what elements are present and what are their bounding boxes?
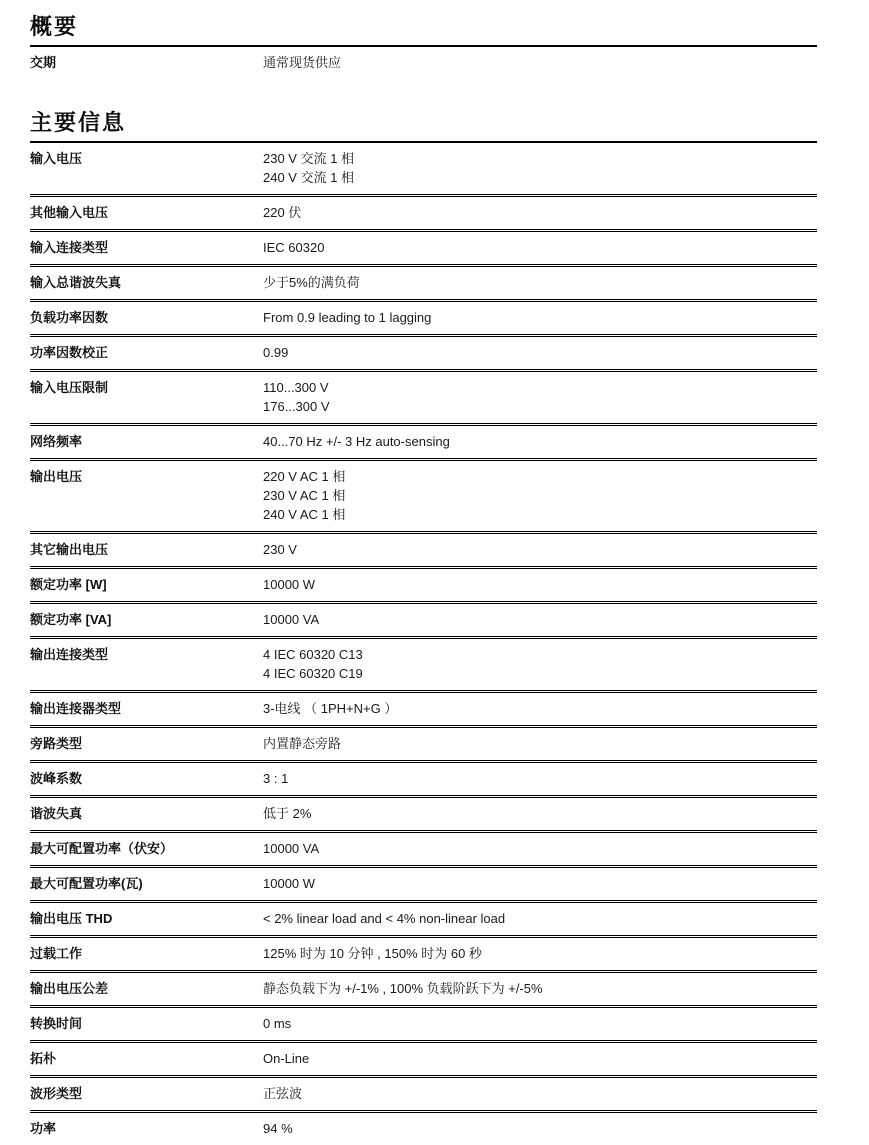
spec-row: 额定功率 [VA]10000 VA xyxy=(30,604,817,639)
spec-value: From 0.9 leading to 1 lagging xyxy=(263,308,817,327)
spec-value: 125% 时为 10 分钟 , 150% 时为 60 秒 xyxy=(263,944,817,963)
spec-value: 静态负载下为 +/-1% , 100% 负载阶跃下为 +/-5% xyxy=(263,979,817,998)
spec-section: 概要交期通常现货供应 xyxy=(30,14,817,79)
spec-row: 输出电压 THD< 2% linear load and < 4% non-li… xyxy=(30,903,817,938)
spec-value: 40...70 Hz +/- 3 Hz auto-sensing xyxy=(263,432,817,451)
spec-value: 少于5%的满负荷 xyxy=(263,273,817,292)
spec-row: 旁路类型内置静态旁路 xyxy=(30,728,817,763)
spec-value: < 2% linear load and < 4% non-linear loa… xyxy=(263,909,817,928)
spec-value: 220 伏 xyxy=(263,203,817,222)
spec-values: 少于5%的满负荷 xyxy=(263,273,817,292)
spec-label: 其它输出电压 xyxy=(30,540,263,559)
spec-values: On-Line xyxy=(263,1049,817,1068)
spec-row: 输出连接类型4 IEC 60320 C134 IEC 60320 C19 xyxy=(30,639,817,693)
spec-row: 网络频率40...70 Hz +/- 3 Hz auto-sensing xyxy=(30,426,817,461)
spec-values: 220 V AC 1 相230 V AC 1 相240 V AC 1 相 xyxy=(263,467,817,524)
spec-label: 输出连接类型 xyxy=(30,645,263,664)
spec-values: 通常现货供应 xyxy=(263,53,817,72)
spec-label: 输出电压 THD xyxy=(30,909,263,928)
spec-values: From 0.9 leading to 1 lagging xyxy=(263,308,817,327)
spec-value: 220 V AC 1 相 xyxy=(263,467,817,486)
spec-value: 230 V AC 1 相 xyxy=(263,486,817,505)
spec-row: 功率因数校正0.99 xyxy=(30,337,817,372)
spec-value: IEC 60320 xyxy=(263,238,817,257)
spec-values: 10000 W xyxy=(263,874,817,893)
spec-label: 谐波失真 xyxy=(30,804,263,823)
spec-row: 输入电压限制110...300 V176...300 V xyxy=(30,372,817,426)
spec-label: 负载功率因数 xyxy=(30,308,263,327)
spec-value: 240 V AC 1 相 xyxy=(263,505,817,524)
spec-row: 输入电压230 V 交流 1 相240 V 交流 1 相 xyxy=(30,143,817,197)
spec-value: 通常现货供应 xyxy=(263,53,817,72)
spec-label: 功率因数校正 xyxy=(30,343,263,362)
spec-section: 主要信息输入电压230 V 交流 1 相240 V 交流 1 相其他输入电压22… xyxy=(30,110,817,1145)
spec-label: 额定功率 [W] xyxy=(30,575,263,594)
spec-label: 功率 xyxy=(30,1119,263,1138)
spec-values: 220 伏 xyxy=(263,203,817,222)
spec-values: 低于 2% xyxy=(263,804,817,823)
spec-value: 230 V xyxy=(263,540,817,559)
spec-value: 4 IEC 60320 C13 xyxy=(263,645,817,664)
spec-label: 拓朴 xyxy=(30,1049,263,1068)
spec-values: 3 : 1 xyxy=(263,769,817,788)
spec-label: 旁路类型 xyxy=(30,734,263,753)
spec-values: 内置静态旁路 xyxy=(263,734,817,753)
spec-label: 波形类型 xyxy=(30,1084,263,1103)
spec-label: 输入连接类型 xyxy=(30,238,263,257)
spec-value: On-Line xyxy=(263,1049,817,1068)
spec-row: 输入连接类型IEC 60320 xyxy=(30,232,817,267)
spec-label: 输入电压限制 xyxy=(30,378,263,397)
spec-label: 波峰系数 xyxy=(30,769,263,788)
section-title: 概要 xyxy=(30,14,817,47)
spec-value: 10000 VA xyxy=(263,610,817,629)
spec-value: 正弦波 xyxy=(263,1084,817,1103)
spec-values: 4 IEC 60320 C134 IEC 60320 C19 xyxy=(263,645,817,683)
spec-label: 过载工作 xyxy=(30,944,263,963)
spec-values: 静态负载下为 +/-1% , 100% 负载阶跃下为 +/-5% xyxy=(263,979,817,998)
spec-values: < 2% linear load and < 4% non-linear loa… xyxy=(263,909,817,928)
spec-row: 额定功率 [W]10000 W xyxy=(30,569,817,604)
spec-row: 其它输出电压230 V xyxy=(30,534,817,569)
spec-label: 额定功率 [VA] xyxy=(30,610,263,629)
spec-label: 交期 xyxy=(30,53,263,72)
spec-row: 输入总谐波失真少于5%的满负荷 xyxy=(30,267,817,302)
spec-label: 其他输入电压 xyxy=(30,203,263,222)
spec-values: 40...70 Hz +/- 3 Hz auto-sensing xyxy=(263,432,817,451)
spec-row: 拓朴On-Line xyxy=(30,1043,817,1078)
spec-row: 最大可配置功率(瓦)10000 W xyxy=(30,868,817,903)
spec-label: 输出电压公差 xyxy=(30,979,263,998)
spec-row: 其他输入电压220 伏 xyxy=(30,197,817,232)
spec-label: 最大可配置功率(瓦) xyxy=(30,874,263,893)
spec-row: 输出电压公差静态负载下为 +/-1% , 100% 负载阶跃下为 +/-5% xyxy=(30,973,817,1008)
spec-values: 125% 时为 10 分钟 , 150% 时为 60 秒 xyxy=(263,944,817,963)
spec-values: 230 V 交流 1 相240 V 交流 1 相 xyxy=(263,149,817,187)
spec-row: 输出连接器类型3-电线 （ 1PH+N+G ） xyxy=(30,693,817,728)
spec-value: 内置静态旁路 xyxy=(263,734,817,753)
spec-row: 谐波失真低于 2% xyxy=(30,798,817,833)
spec-values: 94 % xyxy=(263,1119,817,1138)
spec-row: 过载工作125% 时为 10 分钟 , 150% 时为 60 秒 xyxy=(30,938,817,973)
spec-value: 低于 2% xyxy=(263,804,817,823)
spec-value: 3 : 1 xyxy=(263,769,817,788)
spec-value: 0 ms xyxy=(263,1014,817,1033)
spec-row: 波形类型正弦波 xyxy=(30,1078,817,1113)
spec-row: 转换时间0 ms xyxy=(30,1008,817,1043)
spec-row: 功率94 % xyxy=(30,1113,817,1145)
spec-value: 0.99 xyxy=(263,343,817,362)
spec-row: 负载功率因数From 0.9 leading to 1 lagging xyxy=(30,302,817,337)
spec-row: 输出电压220 V AC 1 相230 V AC 1 相240 V AC 1 相 xyxy=(30,461,817,534)
spec-values: 3-电线 （ 1PH+N+G ） xyxy=(263,699,817,718)
spec-row: 交期通常现货供应 xyxy=(30,47,817,79)
spec-values: 10000 VA xyxy=(263,839,817,858)
spec-values: 0 ms xyxy=(263,1014,817,1033)
spec-values: 正弦波 xyxy=(263,1084,817,1103)
spec-values: 110...300 V176...300 V xyxy=(263,378,817,416)
spec-values: 230 V xyxy=(263,540,817,559)
spec-value: 240 V 交流 1 相 xyxy=(263,168,817,187)
spec-rows: 交期通常现货供应 xyxy=(30,47,817,79)
spec-value: 10000 VA xyxy=(263,839,817,858)
section-title: 主要信息 xyxy=(30,110,817,143)
spec-value: 230 V 交流 1 相 xyxy=(263,149,817,168)
spec-values: 10000 VA xyxy=(263,610,817,629)
spec-label: 最大可配置功率（伏安） xyxy=(30,839,263,858)
spec-value: 10000 W xyxy=(263,575,817,594)
spec-label: 输出连接器类型 xyxy=(30,699,263,718)
spec-label: 输入电压 xyxy=(30,149,263,168)
spec-value: 94 % xyxy=(263,1119,817,1138)
spec-values: IEC 60320 xyxy=(263,238,817,257)
spec-values: 0.99 xyxy=(263,343,817,362)
spec-value: 10000 W xyxy=(263,874,817,893)
spec-label: 输出电压 xyxy=(30,467,263,486)
spec-value: 176...300 V xyxy=(263,397,817,416)
spec-values: 10000 W xyxy=(263,575,817,594)
spec-rows: 输入电压230 V 交流 1 相240 V 交流 1 相其他输入电压220 伏输… xyxy=(30,143,817,1145)
spec-value: 110...300 V xyxy=(263,378,817,397)
spec-value: 4 IEC 60320 C19 xyxy=(263,664,817,683)
spec-label: 网络频率 xyxy=(30,432,263,451)
spec-label: 转换时间 xyxy=(30,1014,263,1033)
spec-value: 3-电线 （ 1PH+N+G ） xyxy=(263,699,817,718)
spec-label: 输入总谐波失真 xyxy=(30,273,263,292)
spec-row: 波峰系数3 : 1 xyxy=(30,763,817,798)
spec-page: 概要交期通常现货供应主要信息输入电压230 V 交流 1 相240 V 交流 1… xyxy=(0,0,869,1145)
spec-row: 最大可配置功率（伏安）10000 VA xyxy=(30,833,817,868)
